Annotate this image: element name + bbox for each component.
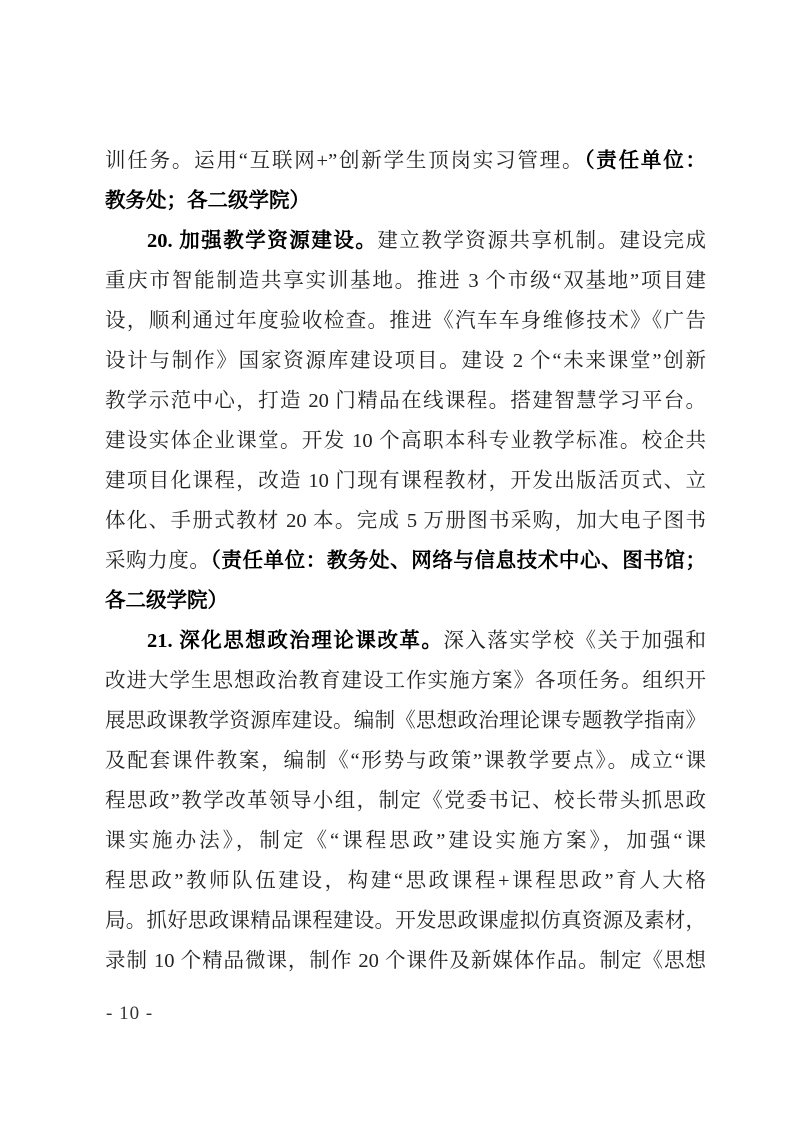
text-line: 及配套课件教案，编制《“形势与政策”课教学要点》。成立“课 xyxy=(105,741,706,781)
body-run: 训任务。运用“互联网+”创新学生顶岗实习管理。 xyxy=(105,150,584,172)
body-run: 局。抓好思政课精品课程建设。开发思政课虚拟仿真资源及素材， xyxy=(105,910,706,932)
body-text: 训任务。运用“互联网+”创新学生顶岗实习管理。（责任单位： 教务处；各二级学院）… xyxy=(105,141,706,981)
responsible-unit-run: （责任单位： xyxy=(584,150,706,172)
text-line: 教学示范中心，打造 20 门精品在线课程。搭建智慧学习平台。 xyxy=(105,381,706,421)
text-line: 教务处；各二级学院） xyxy=(105,181,706,221)
body-run: 录制 10 个精品微课，制作 20 个课件及新媒体作品。制定《思想 xyxy=(105,950,706,972)
body-run: 深入落实学校《关于加强和 xyxy=(443,630,706,652)
text-line: 改进大学生思想政治教育建设工作实施方案》各项任务。组织开 xyxy=(105,661,706,701)
text-line: 录制 10 个精品微课，制作 20 个课件及新媒体作品。制定《思想 xyxy=(105,941,706,981)
item-21-heading-run: 21. 深化思想政治理论课改革。 xyxy=(147,630,443,652)
body-run: 课实施办法》，制定《“课程思政”建设实施方案》，加强“课 xyxy=(105,830,706,852)
paragraph-19-continuation: 训任务。运用“互联网+”创新学生顶岗实习管理。（责任单位： 教务处；各二级学院） xyxy=(105,141,706,221)
text-line: 设计与制作》国家资源库建设项目。建设 2 个“未来课堂”创新 xyxy=(105,341,706,381)
body-run: 设计与制作》国家资源库建设项目。建设 2 个“未来课堂”创新 xyxy=(105,350,706,372)
body-run: 教学示范中心，打造 20 门精品在线课程。搭建智慧学习平台。 xyxy=(105,390,706,412)
text-line: 设，顺利通过年度验收检查。推进《汽车车身维修技术》《广告 xyxy=(105,301,706,341)
body-run: 采购力度。 xyxy=(105,550,211,572)
text-line: 体化、手册式教材 20 本。完成 5 万册图书采购，加大电子图书 xyxy=(105,501,706,541)
text-line: 展思政课教学资源库建设。编制《思想政治理论课专题教学指南》 xyxy=(105,701,706,741)
text-line: 重庆市智能制造共享实训基地。推进 3 个市级“双基地”项目建 xyxy=(105,261,706,301)
text-line: 各二级学院） xyxy=(105,581,706,621)
text-line: 课实施办法》，制定《“课程思政”建设实施方案》，加强“课 xyxy=(105,821,706,861)
text-line: 训任务。运用“互联网+”创新学生顶岗实习管理。（责任单位： xyxy=(105,141,706,181)
body-run: 程思政”教学改革领导小组，制定《党委书记、校长带头抓思政 xyxy=(105,790,706,812)
text-line: 建项目化课程，改造 10 门现有课程教材，开发出版活页式、立 xyxy=(105,461,706,501)
body-run: 建项目化课程，改造 10 门现有课程教材，开发出版活页式、立 xyxy=(105,470,706,492)
responsible-unit-run: 各二级学院） xyxy=(105,590,228,612)
text-line: 21. 深化思想政治理论课改革。深入落实学校《关于加强和 xyxy=(105,621,706,661)
paragraph-item-21: 21. 深化思想政治理论课改革。深入落实学校《关于加强和 改进大学生思想政治教育… xyxy=(105,621,706,981)
text-line: 建设实体企业课堂。开发 10 个高职本科专业教学标准。校企共 xyxy=(105,421,706,461)
page-number: - 10 - xyxy=(106,1001,153,1027)
responsible-unit-run: 教务处；各二级学院） xyxy=(105,190,310,212)
text-line: 程思政”教师队伍建设，构建“思政课程+课程思政”育人大格 xyxy=(105,861,706,901)
body-run: 重庆市智能制造共享实训基地。推进 3 个市级“双基地”项目建 xyxy=(105,270,706,292)
text-line: 采购力度。（责任单位：教务处、网络与信息技术中心、图书馆； xyxy=(105,541,706,581)
body-run: 改进大学生思想政治教育建设工作实施方案》各项任务。组织开 xyxy=(105,670,706,692)
responsible-unit-run: （责任单位：教务处、网络与信息技术中心、图书馆； xyxy=(211,550,707,572)
body-run: 展思政课教学资源库建设。编制《思想政治理论课专题教学指南》 xyxy=(105,710,706,732)
body-run: 及配套课件教案，编制《“形势与政策”课教学要点》。成立“课 xyxy=(105,750,706,772)
paragraph-item-20: 20. 加强教学资源建设。建立教学资源共享机制。建设完成 重庆市智能制造共享实训… xyxy=(105,221,706,621)
body-run: 体化、手册式教材 20 本。完成 5 万册图书采购，加大电子图书 xyxy=(105,510,706,532)
body-run: 建立教学资源共享机制。建设完成 xyxy=(377,230,706,252)
text-line: 局。抓好思政课精品课程建设。开发思政课虚拟仿真资源及素材， xyxy=(105,901,706,941)
body-run: 建设实体企业课堂。开发 10 个高职本科专业教学标准。校企共 xyxy=(105,430,706,452)
body-run: 程思政”教师队伍建设，构建“思政课程+课程思政”育人大格 xyxy=(105,870,706,892)
body-run: 设，顺利通过年度验收检查。推进《汽车车身维修技术》《广告 xyxy=(105,310,706,332)
text-line: 程思政”教学改革领导小组，制定《党委书记、校长带头抓思政 xyxy=(105,781,706,821)
text-line: 20. 加强教学资源建设。建立教学资源共享机制。建设完成 xyxy=(105,221,706,261)
document-page: 训任务。运用“互联网+”创新学生顶岗实习管理。（责任单位： 教务处；各二级学院）… xyxy=(0,0,793,1122)
item-20-heading-run: 20. 加强教学资源建设。 xyxy=(147,230,377,252)
